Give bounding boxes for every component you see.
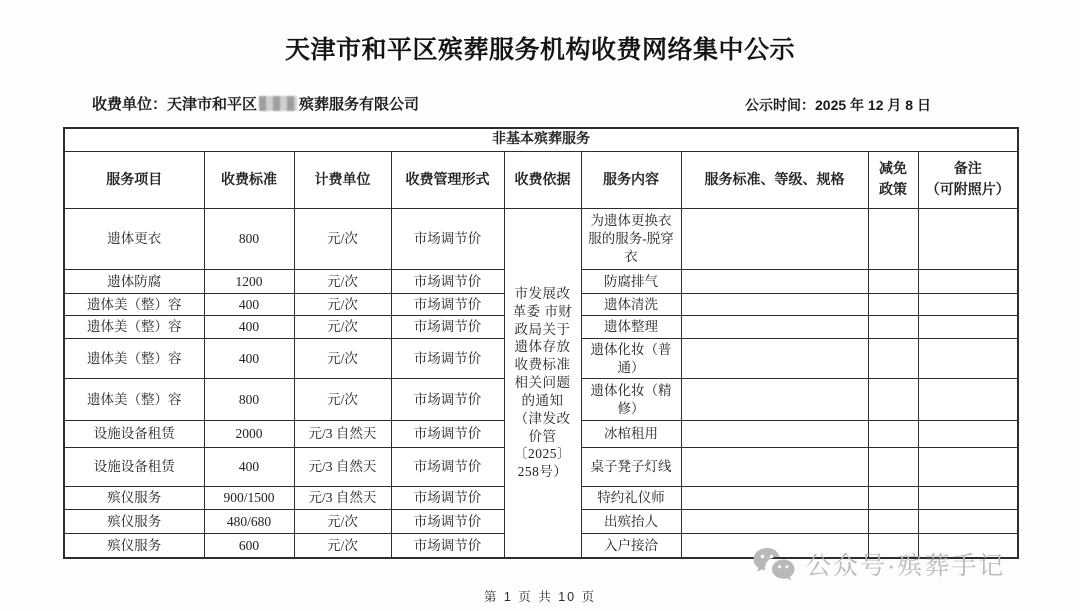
cell-price: 400 (204, 448, 294, 487)
charging-unit-label: 收费单位： (92, 96, 167, 113)
publish-time-label: 公示时间： (745, 97, 815, 113)
publish-time-value: 2025 年 12 月 8 日 (815, 97, 931, 113)
cell-unit: 元/次 (294, 534, 391, 559)
cell-form: 市场调节价 (391, 421, 504, 448)
cell-waiver (868, 339, 918, 379)
col-header-billing-unit: 计费单位 (294, 152, 391, 209)
cell-note (918, 487, 1018, 510)
cell-note (918, 209, 1018, 270)
cell-form: 市场调节价 (391, 316, 504, 339)
cell-content: 防腐排气 (581, 270, 681, 294)
col-header-waiver-policy: 减免政策 (868, 152, 918, 209)
table-section-title: 非基本殡葬服务 (64, 128, 1018, 152)
col-header-fee-basis: 收费依据 (504, 152, 581, 209)
cell-standard (681, 510, 868, 534)
charging-unit-line: 收费单位：天津市和平区殡葬服务有限公司 (92, 93, 419, 114)
cell-waiver (868, 294, 918, 316)
cell-standard (681, 379, 868, 421)
table-header-row: 服务项目 收费标准 计费单位 收费管理形式 收费依据 服务内容 服务标准、等级、… (64, 152, 1018, 209)
cell-waiver (868, 448, 918, 487)
cell-item: 设施设备租赁 (64, 448, 204, 487)
cell-price: 400 (204, 339, 294, 379)
cell-standard (681, 316, 868, 339)
cell-price: 2000 (204, 421, 294, 448)
publish-time-line: 公示时间：2025 年 12 月 8 日 (745, 95, 931, 115)
cell-waiver (868, 270, 918, 294)
cell-content: 出殡抬人 (581, 510, 681, 534)
cell-content: 遗体化妆（精修） (581, 379, 681, 421)
cell-price: 480/680 (204, 510, 294, 534)
cell-unit: 元/次 (294, 510, 391, 534)
cell-waiver (868, 487, 918, 510)
cell-item: 遗体美（整）容 (64, 379, 204, 421)
col-header-fee-standard: 收费标准 (204, 152, 294, 209)
cell-form: 市场调节价 (391, 534, 504, 559)
table-section-row: 非基本殡葬服务 (64, 128, 1018, 152)
cell-price: 600 (204, 534, 294, 559)
cell-form: 市场调节价 (391, 448, 504, 487)
cell-form: 市场调节价 (391, 209, 504, 270)
col-header-service-item: 服务项目 (64, 152, 204, 209)
cell-item: 遗体美（整）容 (64, 316, 204, 339)
cell-waiver (868, 421, 918, 448)
cell-unit: 元/次 (294, 316, 391, 339)
cell-waiver (868, 209, 918, 270)
cell-price: 400 (204, 316, 294, 339)
cell-unit: 元/3 自然天 (294, 448, 391, 487)
cell-content: 遗体化妆（普通） (581, 339, 681, 379)
cell-form: 市场调节价 (391, 510, 504, 534)
cell-standard (681, 421, 868, 448)
cell-unit: 元/次 (294, 379, 391, 421)
notice-document: 天津市和平区殡葬服务机构收费网络集中公示 收费单位：天津市和平区殡葬服务有限公司… (0, 0, 1080, 611)
cell-content: 冰棺租用 (581, 421, 681, 448)
col-header-fee-management: 收费管理形式 (391, 152, 504, 209)
fee-table: 非基本殡葬服务 服务项目 收费标准 计费单位 收费管理形式 收费依据 服务内容 … (63, 127, 1019, 559)
cell-note (918, 421, 1018, 448)
charging-unit-suffix: 殡葬服务有限公司 (299, 96, 419, 113)
cell-unit: 元/次 (294, 270, 391, 294)
cell-standard (681, 270, 868, 294)
cell-note (918, 448, 1018, 487)
cell-unit: 元/3 自然天 (294, 487, 391, 510)
cell-price: 800 (204, 379, 294, 421)
cell-waiver (868, 510, 918, 534)
cell-note (918, 270, 1018, 294)
cell-basis-merged: 市发展改革委 市财政局关于遗体存放收费标准相关问题的通知（津发改价管〔2025〕… (504, 209, 581, 559)
cell-content: 为遗体更换衣服的服务-脱穿衣 (581, 209, 681, 270)
cell-item: 遗体防腐 (64, 270, 204, 294)
cell-form: 市场调节价 (391, 339, 504, 379)
info-row: 收费单位：天津市和平区殡葬服务有限公司 公示时间：2025 年 12 月 8 日 (0, 93, 1080, 115)
cell-form: 市场调节价 (391, 294, 504, 316)
wechat-icon (752, 546, 796, 582)
cell-price: 1200 (204, 270, 294, 294)
cell-price: 400 (204, 294, 294, 316)
cell-price: 900/1500 (204, 487, 294, 510)
cell-note (918, 316, 1018, 339)
cell-item: 遗体美（整）容 (64, 339, 204, 379)
cell-waiver (868, 379, 918, 421)
watermark: 公众号·殡葬手记 (752, 546, 1005, 582)
cell-item: 遗体美（整）容 (64, 294, 204, 316)
cell-content: 遗体整理 (581, 316, 681, 339)
col-header-service-content: 服务内容 (581, 152, 681, 209)
cell-unit: 元/次 (294, 294, 391, 316)
charging-unit-prefix: 天津市和平区 (167, 96, 257, 113)
cell-content: 桌子凳子灯线 (581, 448, 681, 487)
watermark-text: 公众号·殡葬手记 (806, 546, 1005, 582)
cell-note (918, 510, 1018, 534)
cell-item: 殡仪服务 (64, 510, 204, 534)
redacted-mosaic (259, 96, 297, 111)
cell-standard (681, 294, 868, 316)
cell-content: 遗体清洗 (581, 294, 681, 316)
cell-unit: 元/次 (294, 209, 391, 270)
cell-note (918, 294, 1018, 316)
cell-item: 设施设备租赁 (64, 421, 204, 448)
cell-form: 市场调节价 (391, 487, 504, 510)
cell-form: 市场调节价 (391, 379, 504, 421)
cell-content: 入户接洽 (581, 534, 681, 559)
cell-unit: 元/次 (294, 339, 391, 379)
col-header-standard-grade-spec: 服务标准、等级、规格 (681, 152, 868, 209)
cell-content: 特约礼仪师 (581, 487, 681, 510)
cell-standard (681, 339, 868, 379)
table-row: 遗体更衣 800 元/次 市场调节价 市发展改革委 市财政局关于遗体存放收费标准… (64, 209, 1018, 270)
page-number: 第 1 页 共 10 页 (0, 587, 1080, 605)
page-title: 天津市和平区殡葬服务机构收费网络集中公示 (0, 30, 1080, 66)
cell-standard (681, 448, 868, 487)
cell-note (918, 379, 1018, 421)
col-header-remarks: 备注 （可附照片） (918, 152, 1018, 209)
cell-form: 市场调节价 (391, 270, 504, 294)
cell-price: 800 (204, 209, 294, 270)
cell-standard (681, 487, 868, 510)
cell-note (918, 339, 1018, 379)
cell-waiver (868, 316, 918, 339)
cell-item: 殡仪服务 (64, 534, 204, 559)
cell-unit: 元/3 自然天 (294, 421, 391, 448)
cell-standard (681, 209, 868, 270)
cell-item: 殡仪服务 (64, 487, 204, 510)
cell-item: 遗体更衣 (64, 209, 204, 270)
